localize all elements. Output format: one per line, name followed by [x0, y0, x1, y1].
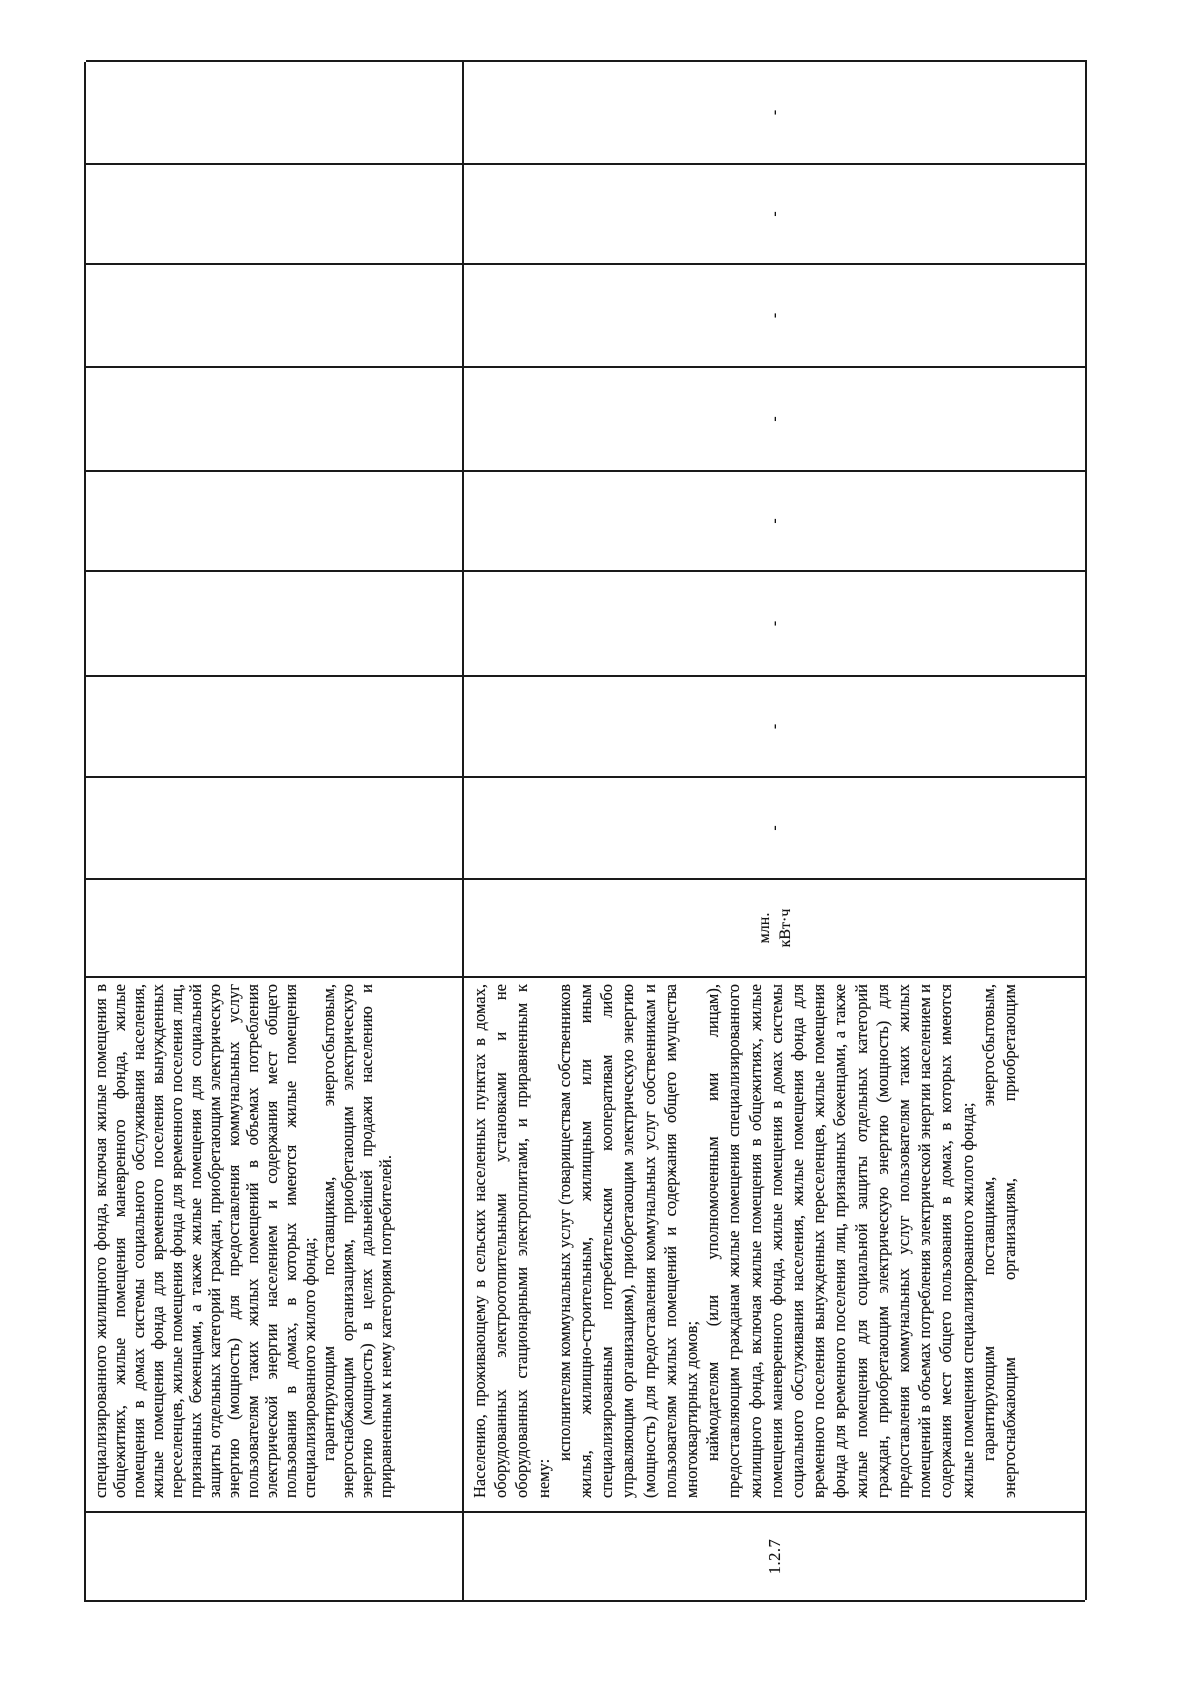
description-paragraph: исполнителям коммунальных услуг (товарищ… [554, 984, 702, 1498]
value-cell [86, 366, 464, 470]
value-cell: - [464, 470, 1087, 570]
value-cell [86, 470, 464, 570]
scanned-page: { "document": { "table": { "rows": [ { "… [0, 0, 1200, 1695]
unit-line: кВт·ч [775, 909, 796, 948]
unit-cell: млн. кВт·ч [464, 878, 1087, 976]
value-cell: - [464, 263, 1087, 366]
value-cell [86, 776, 464, 878]
description-paragraph: гарантирующим поставщикам, энергосбытовы… [978, 984, 1020, 1498]
rotated-document-sheet: специализированного жилищного фонда, вкл… [0, 0, 1200, 1695]
description-cell: Населению, проживающему в сельских насел… [464, 976, 1087, 1511]
value-cell: - [464, 570, 1087, 675]
value-cell: - [464, 163, 1087, 263]
description-cell: специализированного жилищного фонда, вкл… [86, 976, 464, 1511]
description-paragraph: Населению, проживающему в сельских насел… [469, 984, 554, 1498]
value-cell: - [464, 60, 1087, 163]
unit-line: млн. [754, 909, 775, 948]
value-cell [86, 675, 464, 776]
row-number-cell [86, 1511, 464, 1600]
description-paragraph: наймодателям (или уполномоченным ими лиц… [702, 984, 978, 1498]
value-cell: - [464, 675, 1087, 776]
unit-cell [86, 878, 464, 976]
description-paragraph: гарантирующим поставщикам, энергосбытовы… [319, 984, 395, 1498]
value-cell [86, 163, 464, 263]
value-cell [86, 263, 464, 366]
row-number-cell: 1.2.7 [464, 1511, 1087, 1600]
value-cell [86, 570, 464, 675]
value-cell: - [464, 776, 1087, 878]
value-cell [86, 60, 464, 163]
tariff-table: специализированного жилищного фонда, вкл… [84, 62, 1085, 1602]
value-cell: - [464, 366, 1087, 470]
description-paragraph: специализированного жилищного фонда, вкл… [91, 984, 319, 1498]
